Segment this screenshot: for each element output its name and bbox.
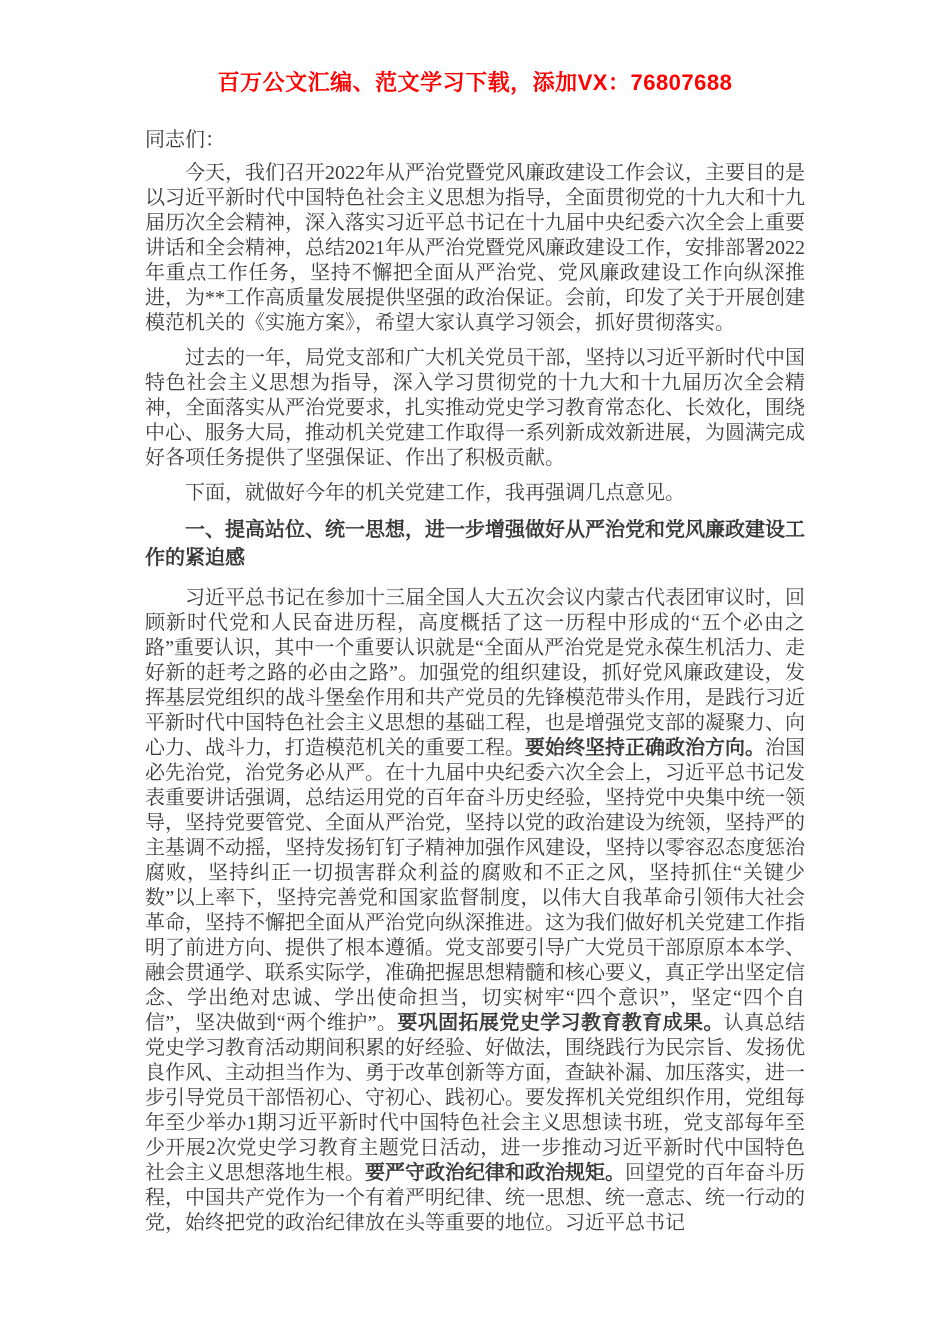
text-run: 治国必先治党，治党务必从严。在十九届中央纪委六次全会上，习近平总书记发表重要讲话… [145,737,805,1034]
document-body: 同志们： 今天，我们召开2022年从严治党暨党风廉政建设工作会议，主要目的是以习… [145,128,805,1236]
text-run: 过去的一年，局党支部和广大机关党员干部，坚持以习近平新时代中国特色社会主义思想为… [145,347,805,469]
section-heading: 一、提高站位、统一思想，进一步增强做好从严治党和党风廉政建设工作的紧迫感 [145,516,805,572]
bold-text-run: 要巩固拓展党史学习教育教育成果。 [397,1012,723,1034]
paragraphs-container: 今天，我们召开2022年从严治党暨党风廉政建设工作会议，主要目的是以习近平新时代… [145,161,805,1236]
document-page: 百万公文汇编、范文学习下载，添加VX：76807688 同志们： 今天，我们召开… [0,0,950,1344]
promo-banner: 百万公文汇编、范文学习下载，添加VX：76807688 [145,70,805,96]
paragraph: 习近平总书记在参加十三届全国人大五次会议内蒙古代表团审议时，回顾新时代党和人民奋… [145,586,805,1236]
salutation: 同志们： [145,128,805,153]
paragraph: 过去的一年，局党支部和广大机关党员干部，坚持以习近平新时代中国特色社会主义思想为… [145,346,805,471]
text-run: 下面，就做好今年的机关党建工作，我再强调几点意见。 [185,482,685,504]
bold-text-run: 要严守政治纪律和政治规矩。 [365,1162,625,1184]
text-run: 习近平总书记在参加十三届全国人大五次会议内蒙古代表团审议时，回顾新时代党和人民奋… [145,587,805,759]
bold-text-run: 一、提高站位、统一思想，进一步增强做好从严治党和党风廉政建设工作的紧迫感 [145,519,805,569]
text-run: 今天，我们召开2022年从严治党暨党风廉政建设工作会议，主要目的是以习近平新时代… [145,162,805,334]
paragraph: 今天，我们召开2022年从严治党暨党风廉政建设工作会议，主要目的是以习近平新时代… [145,161,805,336]
paragraph: 下面，就做好今年的机关党建工作，我再强调几点意见。 [145,481,805,506]
bold-text-run: 要始终坚持正确政治方向。 [525,737,765,759]
text-run: 认真总结党史学习教育活动期间积累的好经验、好做法，围绕践行为民宗旨、发扬优良作风… [145,1012,805,1184]
